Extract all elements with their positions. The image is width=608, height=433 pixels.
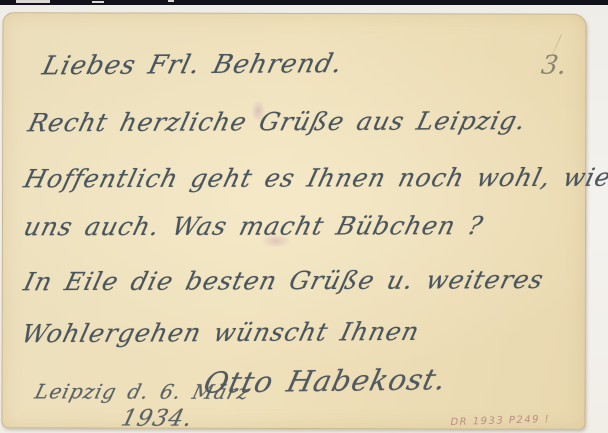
dateline-year: 1934. — [118, 406, 195, 432]
signature: Otto Habekost. — [201, 362, 451, 400]
handwriting-line-regards: In Eile die besten Grüße u. weiteres — [21, 265, 547, 296]
pencil-annotation: 3. — [539, 51, 568, 81]
handwriting-line-question: uns auch. Was macht Bübchen ? — [21, 211, 486, 241]
salutation-line: Liebes Frl. Behrend. — [39, 49, 346, 81]
handwriting-line-greeting: Recht herzliche Grüße aus Leipzig. — [25, 106, 529, 137]
handwriting-line-wellbeing: Hoffentlich geht es Ihnen noch wohl, wie — [21, 163, 608, 194]
catalog-note: DR 1933 P249 ! — [450, 414, 550, 428]
postcard: Liebes Frl. Behrend. Recht herzliche Grü… — [1, 12, 586, 430]
scanner-strip-notch — [16, 0, 50, 3]
scanner-edge-strip — [0, 0, 608, 5]
postcard-scan: Liebes Frl. Behrend. Recht herzliche Grü… — [0, 0, 608, 433]
scanner-strip-notch — [168, 0, 174, 2]
scanner-strip-notch — [92, 1, 104, 3]
handwriting-line-wishes: Wohlergehen wünscht Ihnen — [19, 317, 423, 348]
